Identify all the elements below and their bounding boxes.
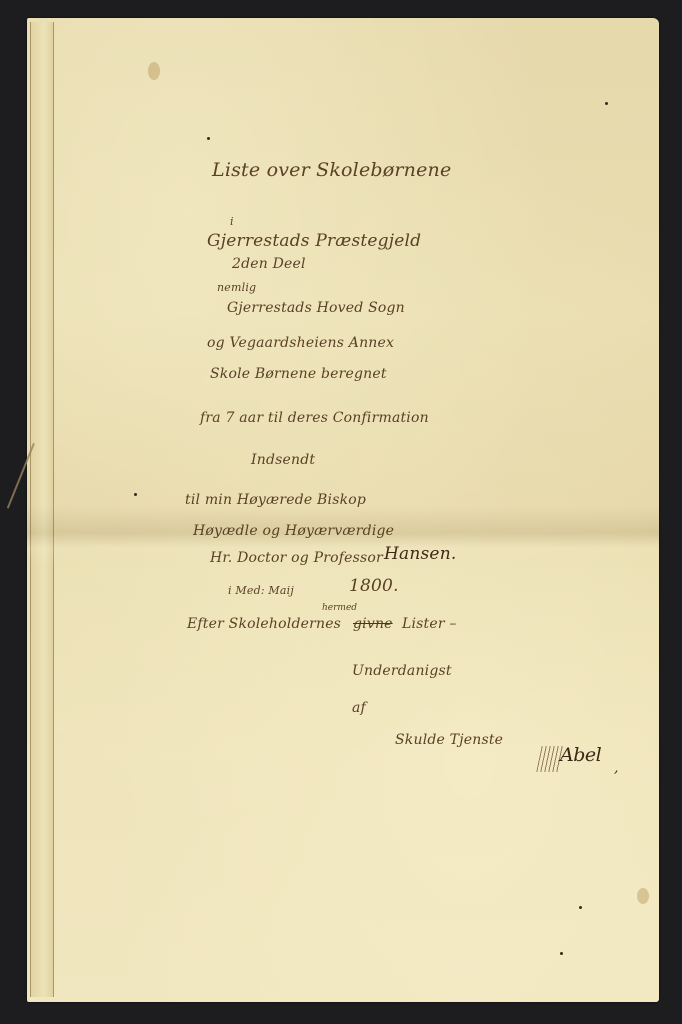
scanned-manuscript: Liste over Skolebørnene i Gjerrestads Pr… — [0, 0, 682, 1024]
line-doctor: Hr. Doctor og Professor — [210, 550, 383, 566]
stain — [637, 888, 649, 904]
line-note-insert: hermed — [322, 603, 357, 613]
line-doctor-name: Hansen. — [384, 544, 456, 564]
ink-speck — [134, 493, 137, 496]
line-annex: og Vegaardsheiens Annex — [207, 335, 394, 351]
line-noble: Høyædle og Høyærværdige — [193, 523, 394, 539]
ink-speck — [560, 952, 563, 955]
line-part: 2den Deel — [232, 256, 306, 272]
line-parish: Gjerrestads Præstegjeld — [207, 231, 421, 251]
line-main-parish: Gjerrestads Hoved Sogn — [227, 300, 405, 316]
line-af: af — [352, 700, 366, 716]
line-age-range: fra 7 aar til deres Confirmation — [200, 410, 429, 426]
line-note-struck: givne — [353, 616, 393, 632]
line-children: Skole Børnene beregnet — [210, 366, 387, 382]
line-year: 1800. — [349, 576, 399, 596]
document-title: Liste over Skolebørnene — [212, 159, 451, 181]
line-i: i — [230, 215, 234, 228]
ink-speck — [579, 906, 582, 909]
line-sender: Skulde Tjenste — [395, 732, 503, 748]
signature-mark: , — [614, 760, 619, 776]
stain — [148, 62, 160, 80]
signature: Abel — [560, 744, 601, 766]
line-note-post: Lister – — [402, 616, 457, 632]
line-month: i Med: Maij — [228, 584, 294, 597]
line-to-bishop: til min Høyærede Biskop — [185, 492, 366, 508]
line-note-pre: Efter Skoleholdernes — [187, 616, 341, 632]
line-closing: Underdanigst — [352, 663, 452, 679]
ink-speck — [605, 102, 608, 105]
manuscript-page: Liste over Skolebørnene i Gjerrestads Pr… — [27, 18, 659, 1002]
line-nemlig: nemlig — [217, 281, 256, 294]
ink-speck — [207, 137, 210, 140]
line-submitted: Indsendt — [251, 452, 315, 468]
